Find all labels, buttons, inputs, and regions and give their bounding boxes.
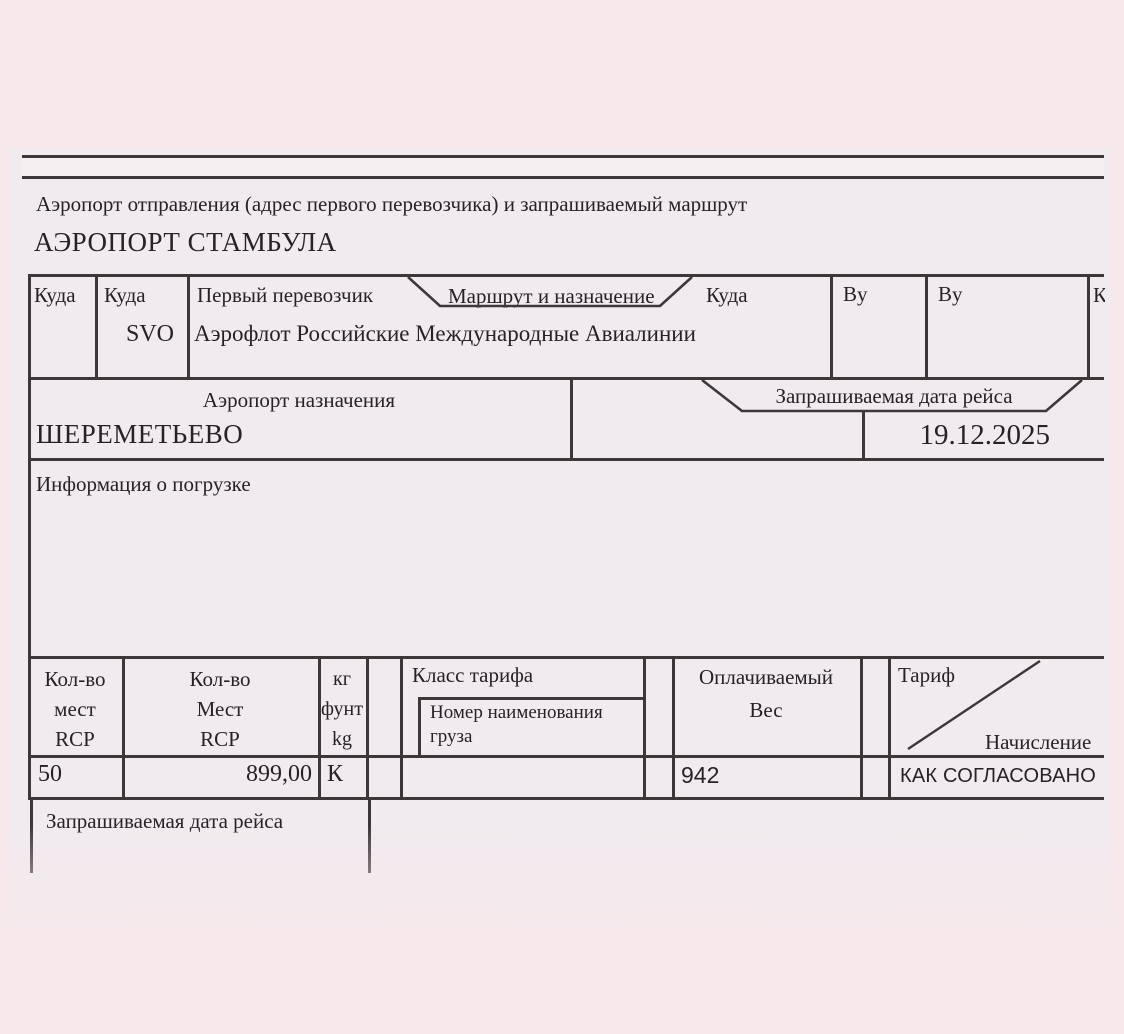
first-carrier-label: Первый перевозчик [197,283,373,307]
commodity-header-line1: Номер наименования [430,702,603,724]
flight-date-value: 19.12.2025 [862,419,1050,452]
rule-line [28,797,1104,800]
by-label-1: By [843,282,868,306]
chargeable-weight-value: 942 [681,762,719,788]
weight-unit-value: К [327,761,343,789]
header-line: Мест [122,694,318,724]
rule-line [28,458,31,659]
top-ruled-strip [22,158,1104,176]
scanned-air-waybill-form: Аэропорт отправления (адрес первого пере… [0,0,1124,1034]
pieces-value: 50 [38,761,62,789]
charge-header: Начисление [985,730,1091,754]
header-line: Кол-во [28,664,122,694]
rule-line [643,656,646,800]
header-line: фунт [314,694,370,724]
chargeable-weight-header-line2: Вес [672,698,860,722]
carrier-name-value: Аэрофлот Российские Международные Авиали… [194,321,696,347]
to-label-3: Куда [706,283,748,307]
destination-airport-label: Аэропорт назначения [28,388,570,412]
departure-note: Аэропорт отправления (адрес первого пере… [36,192,747,216]
rule-line [830,274,833,380]
to-label-1: Куда [34,283,76,307]
destination-airport-value: ШЕРЕМЕТЬЕВО [36,419,243,450]
departure-airport-value: АЭРОПОРТ СТАМБУЛА [34,227,337,258]
flight-date-label: Запрашиваемая дата рейса [742,384,1046,408]
rule-line [187,274,190,380]
to-airport-code: SVO [126,321,174,349]
rule-line [28,458,1104,461]
rule-line [95,274,98,380]
header-line: мест [28,694,122,724]
rule-line [925,274,928,380]
by-label-2: By [938,282,963,306]
to-label-2: Куда [104,283,146,307]
header-line: кг [314,664,370,694]
pieces-rcp-header-2: Кол-во Мест RCP [122,664,318,754]
rule-line [400,656,403,800]
rate-charge-value: КАК СОГЛАСОВАНО [900,765,1096,788]
rule-line [28,274,31,380]
commodity-header-line2: груза [430,726,472,748]
header-line: RCP [28,724,122,754]
gross-weight-value: 899,00 [122,761,312,789]
clipped-edge-label: К [1093,283,1105,307]
header-line: RCP [122,724,318,754]
scan-fade-out [0,825,1124,1034]
loading-info-label: Информация о погрузке [36,472,251,496]
header-line: Кол-во [122,664,318,694]
header-line: kg [314,724,370,754]
rule-line [28,755,1104,758]
rate-class-header: Класс тарифа [412,663,533,687]
rule-line [22,176,1104,179]
rule-line [418,697,646,700]
chargeable-weight-header-line1: Оплачиваемый [672,665,860,689]
pieces-rcp-header: Кол-во мест RCP [28,664,122,754]
rule-line [28,656,1104,659]
rate-header: Тариф [898,663,955,687]
rule-line [860,656,863,800]
rule-line [418,697,421,758]
rule-line [22,155,1104,158]
rule-line [1087,274,1090,380]
rule-line [570,377,573,461]
routing-destination-label: Маршрут и назначение [448,284,655,308]
rule-line [888,656,891,800]
weight-unit-header: кг фунт kg [314,664,370,754]
